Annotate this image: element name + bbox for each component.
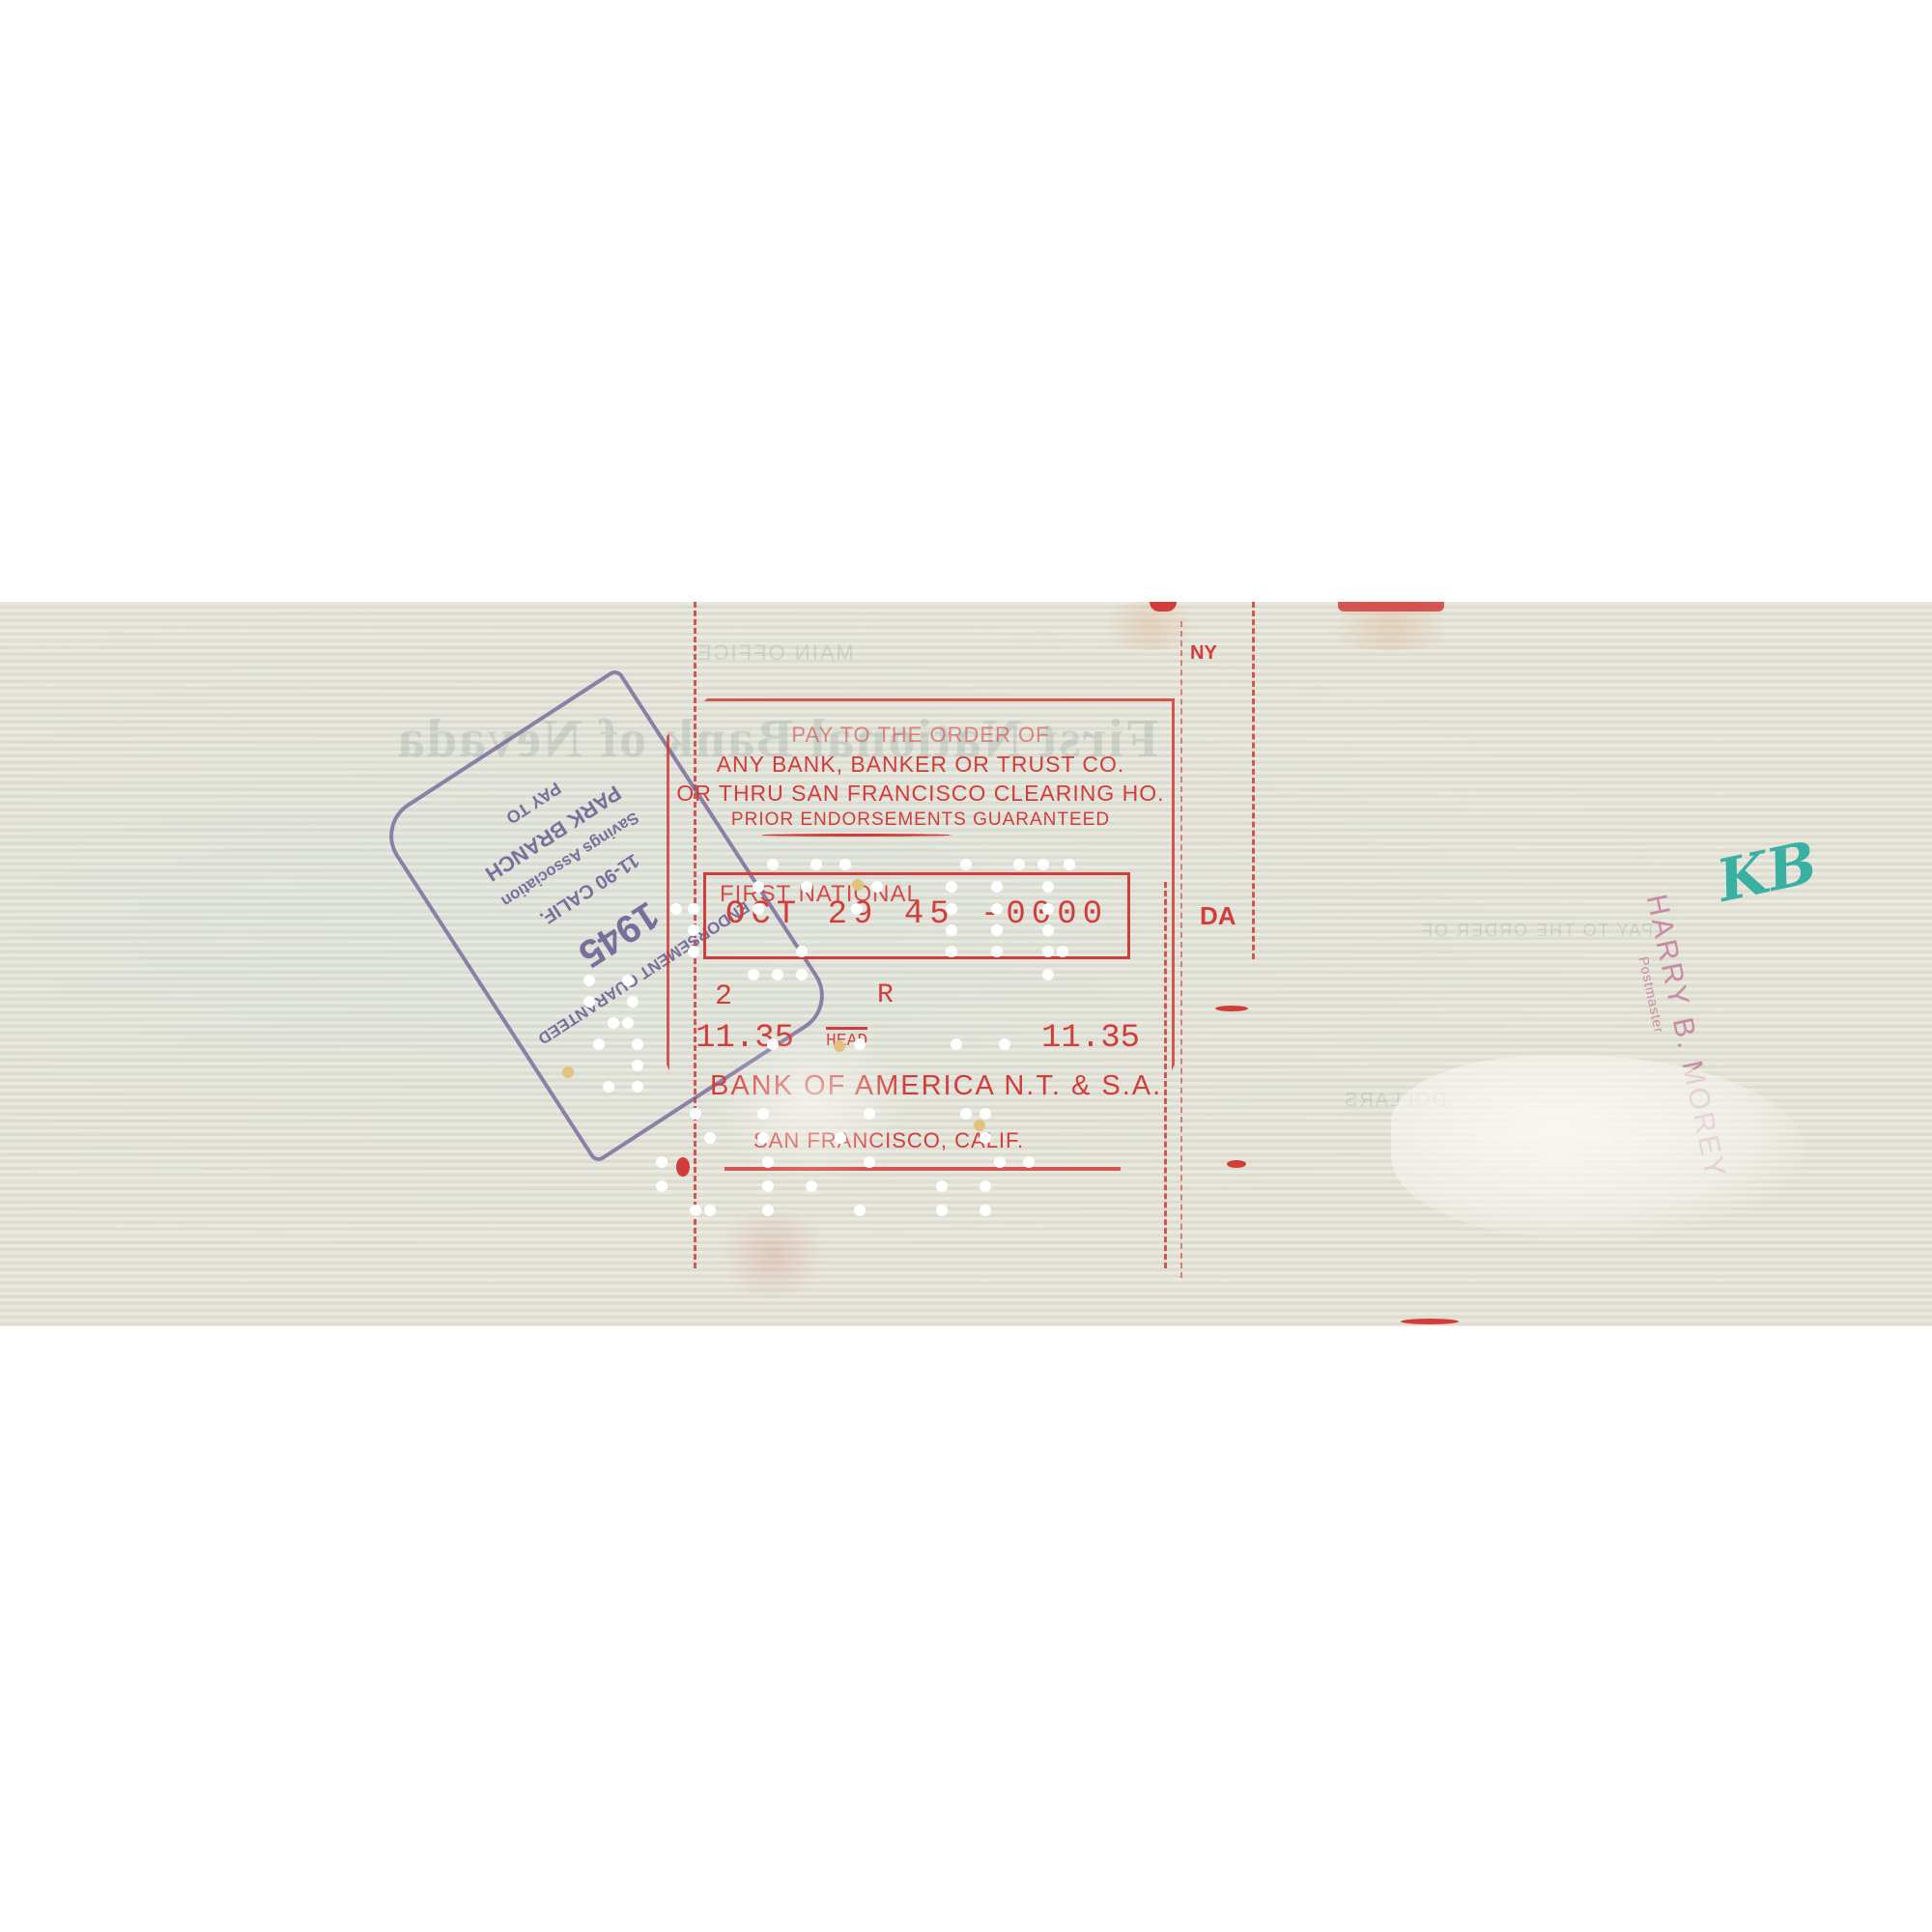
perforation-hole xyxy=(991,924,1003,936)
perforation-hole xyxy=(753,903,764,915)
perforation-hole xyxy=(1064,859,1075,870)
perforation-hole xyxy=(864,1108,875,1120)
perforation-hole xyxy=(688,924,699,936)
perforation-hole xyxy=(767,1038,779,1050)
perforation-hole xyxy=(1042,881,1054,893)
perforation-hole xyxy=(796,969,808,980)
perforation-hole xyxy=(946,903,957,915)
perforation-hole xyxy=(801,881,812,893)
perforation-hole xyxy=(946,924,957,936)
perforation-hole xyxy=(960,859,972,870)
perforation-hole xyxy=(1042,969,1054,980)
perforation-hole xyxy=(839,859,851,870)
perforation-hole xyxy=(767,859,779,870)
perforation-hole xyxy=(688,903,699,915)
perforation-hole xyxy=(632,1081,643,1093)
perforation-hole xyxy=(748,969,759,980)
perforation-hole xyxy=(583,996,595,1008)
perforation-hole xyxy=(946,946,957,957)
perforation-hole xyxy=(980,1108,991,1120)
red-mark xyxy=(1401,1319,1459,1324)
perforation-hole xyxy=(762,1180,774,1192)
perforation-hole xyxy=(960,1108,972,1120)
perforation-hole xyxy=(991,946,1003,957)
perforation-hole xyxy=(854,1205,866,1216)
perforation-hole xyxy=(632,1060,643,1071)
perforation-hole xyxy=(622,1017,634,1029)
perforation-hole xyxy=(1042,924,1054,936)
perforation-hole xyxy=(810,859,822,870)
perforation-hole xyxy=(834,1040,845,1052)
perforation-hole xyxy=(991,881,1003,893)
perforation-hole xyxy=(1042,903,1054,915)
perforation-hole xyxy=(688,946,699,957)
perforation-hole xyxy=(864,1156,875,1168)
perforation-hole xyxy=(946,881,957,893)
perforation-hole xyxy=(994,1156,1006,1168)
perforation-hole xyxy=(936,1180,948,1192)
perforation-hole xyxy=(670,903,682,915)
perforation-hole xyxy=(757,1132,769,1144)
perforation-hole xyxy=(704,1132,716,1144)
perforation-hole xyxy=(854,1038,866,1050)
perforation-hole xyxy=(1037,859,1049,870)
perforation-hole xyxy=(690,1108,701,1120)
perforation-hole xyxy=(757,1108,769,1120)
cancellation-perforations xyxy=(0,602,1932,1326)
perforation-hole xyxy=(1057,946,1068,957)
perforation-hole xyxy=(656,1156,668,1168)
perforation-hole xyxy=(762,1205,774,1216)
red-mark xyxy=(1227,1160,1246,1168)
perforation-hole xyxy=(704,1205,716,1216)
perforation-hole xyxy=(1023,1156,1035,1168)
perforation-hole xyxy=(980,1180,991,1192)
perforation-hole xyxy=(632,1038,643,1050)
perforation-hole xyxy=(753,881,764,893)
perforation-hole xyxy=(583,975,595,986)
perforation-hole xyxy=(980,1205,991,1216)
perforation-hole xyxy=(796,946,808,957)
perforation-hole xyxy=(999,1038,1010,1050)
perforation-hole xyxy=(980,1132,991,1144)
perforation-hole xyxy=(690,1205,701,1216)
perforation-hole xyxy=(974,1120,985,1131)
perforation-hole xyxy=(772,969,783,980)
perforation-hole xyxy=(871,881,883,893)
perforation-hole xyxy=(562,1066,574,1078)
perforation-hole xyxy=(1013,859,1025,870)
perforation-hole xyxy=(593,1038,605,1050)
perforation-hole xyxy=(991,903,1003,915)
perforation-hole xyxy=(852,879,864,891)
red-mark xyxy=(676,1157,690,1177)
perforation-hole xyxy=(1042,946,1054,957)
perforation-hole xyxy=(627,996,639,1008)
perforation-hole xyxy=(936,1205,948,1216)
perforation-hole xyxy=(951,1038,962,1050)
perforation-hole xyxy=(806,1180,817,1192)
perforation-hole xyxy=(603,1081,614,1093)
perforation-hole xyxy=(656,1180,668,1192)
perforation-hole xyxy=(608,1017,619,1029)
perforation-hole xyxy=(851,903,863,915)
perforation-hole xyxy=(622,975,634,986)
perforation-hole xyxy=(762,1156,774,1168)
perforation-hole xyxy=(835,1132,846,1144)
check-back: MAIN OFFICE First National Bank of Nevad… xyxy=(0,602,1932,1326)
